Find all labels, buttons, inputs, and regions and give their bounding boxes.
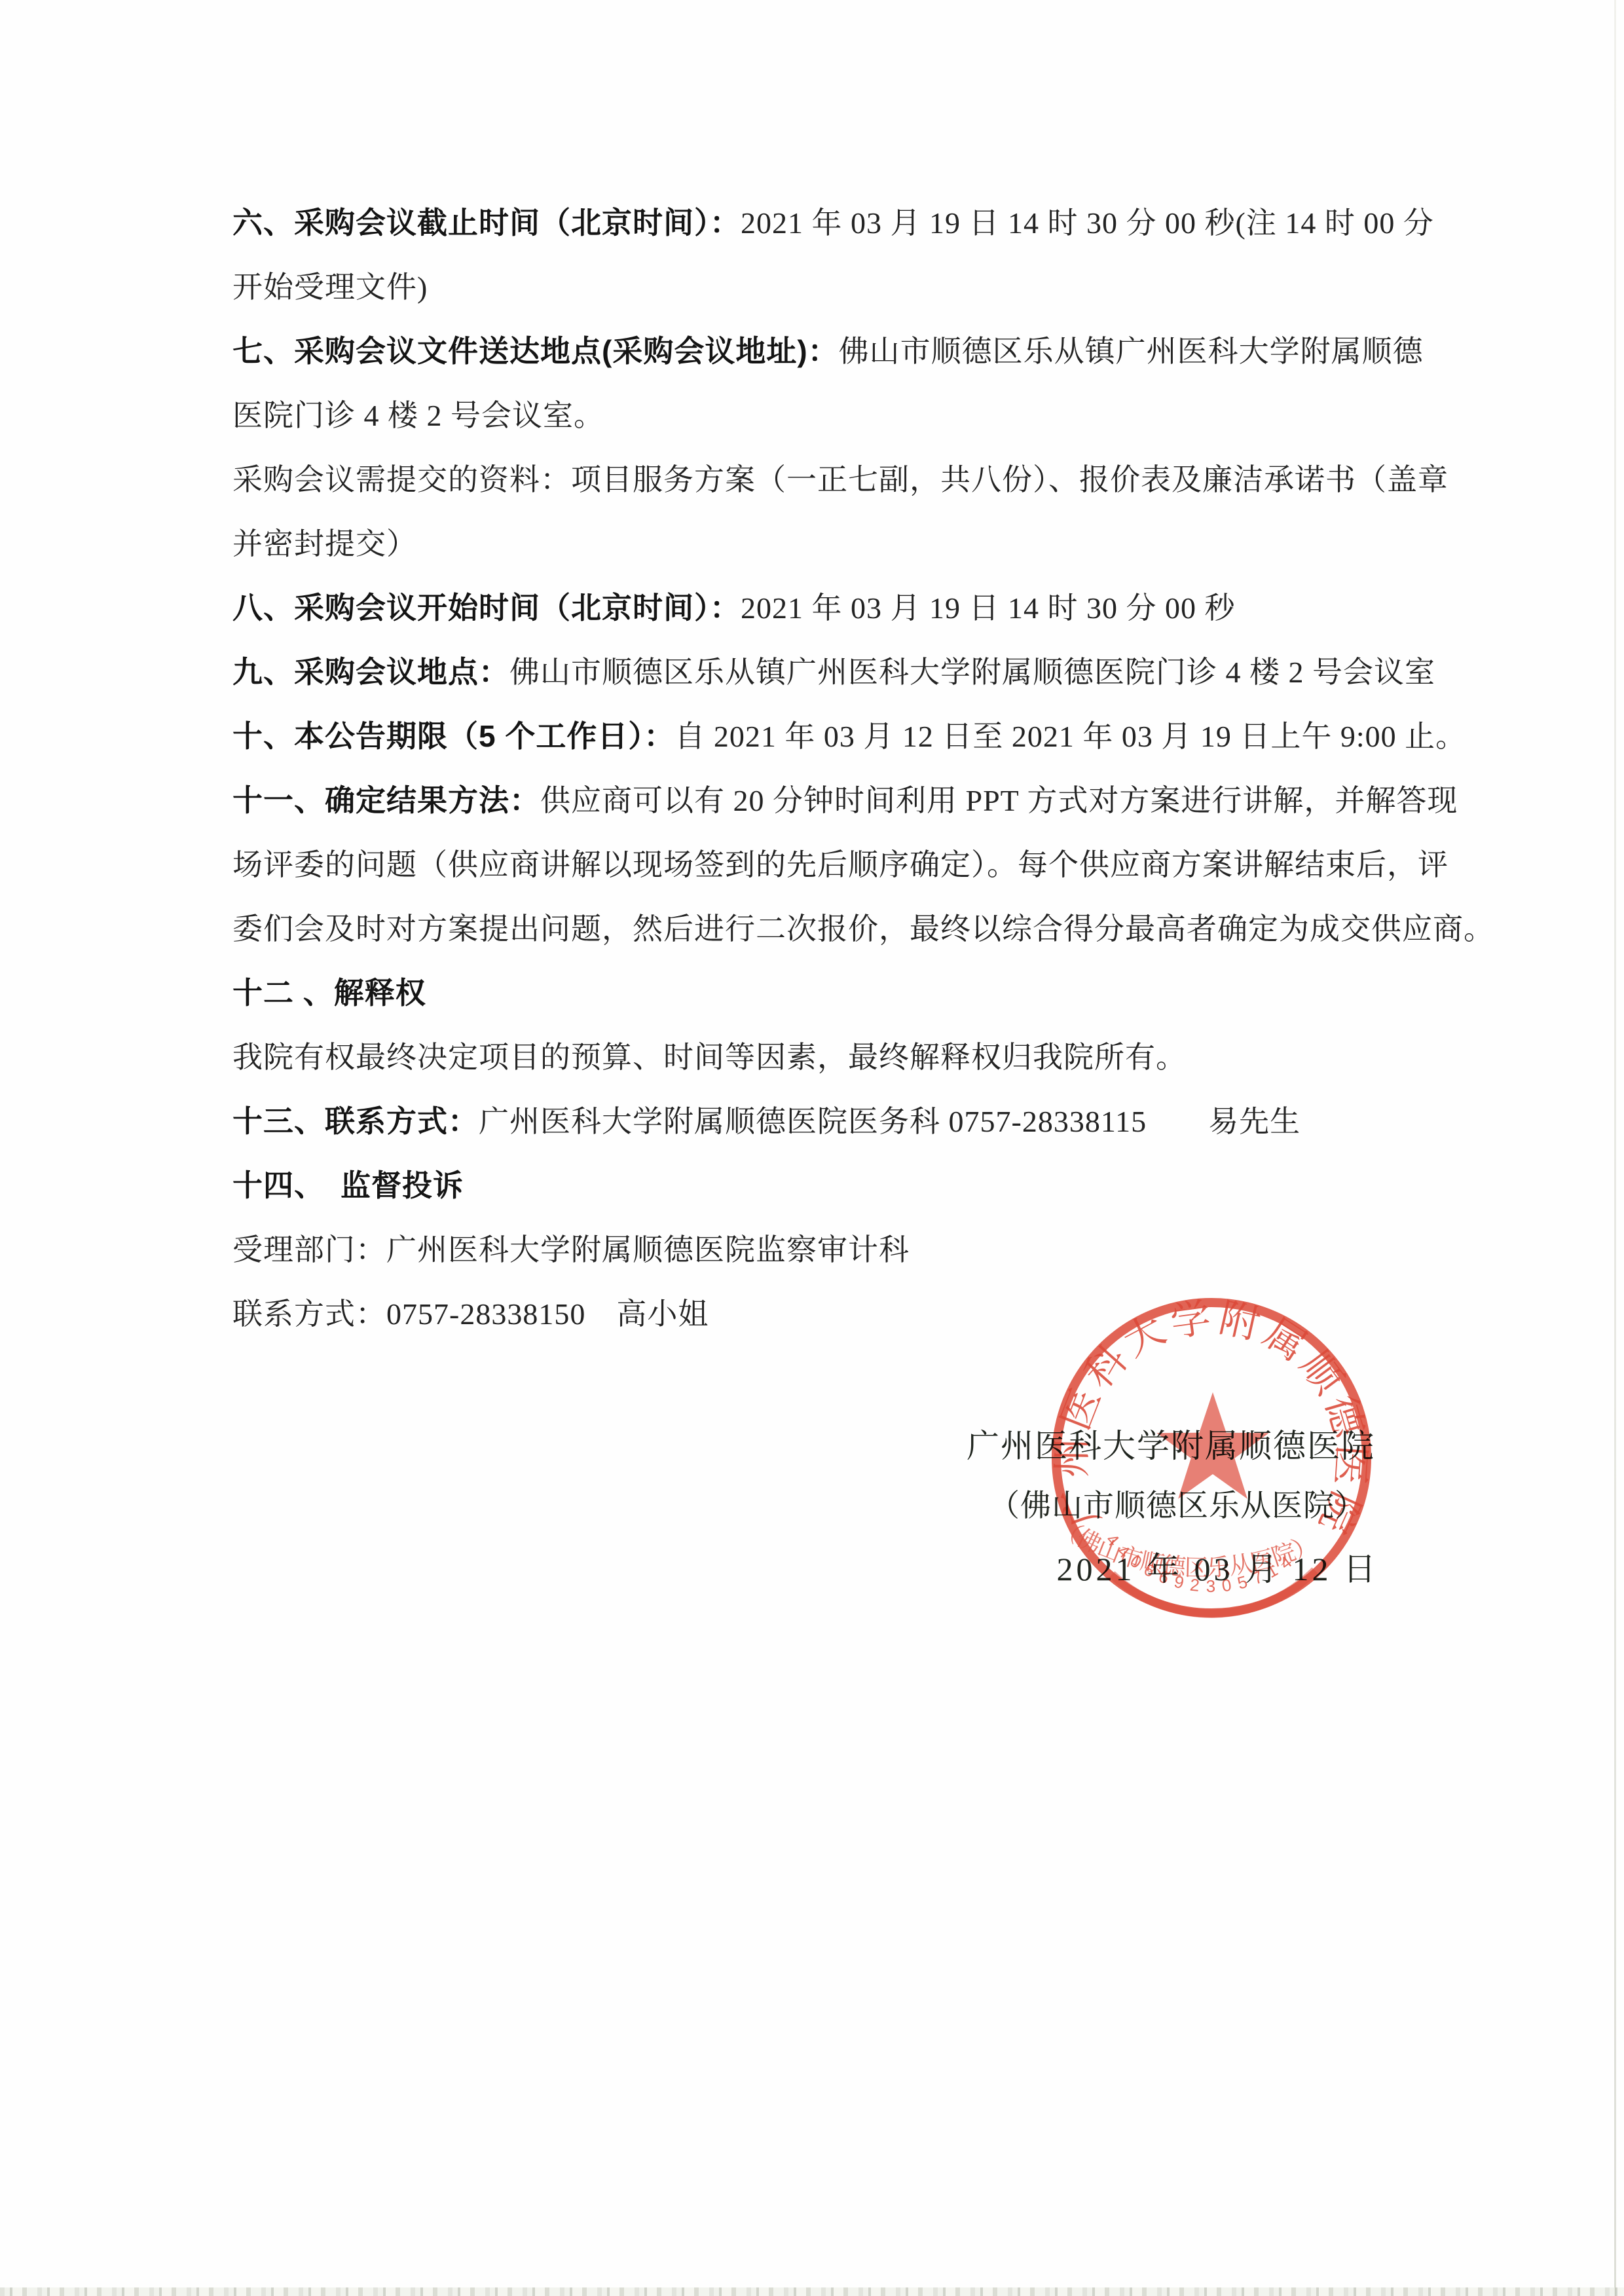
- doc-line: 八、采购会议开始时间（北京时间）：2021 年 03 月 19 日 14 时 3…: [232, 588, 1411, 628]
- line-label: 八、采购会议开始时间（北京时间）：: [232, 591, 741, 625]
- doc-line: 十三、联系方式：广州医科大学附属顺德医院医务科 0757-28338115 易先…: [232, 1102, 1411, 1141]
- doc-line: 场评委的问题（供应商讲解以现场签到的先后顺序确定）。每个供应商方案讲解结束后，评: [232, 845, 1411, 885]
- line-label: 十、本公告期限（5 个工作日）：: [232, 719, 674, 753]
- doc-line: 采购会议需提交的资料：项目服务方案（一正七副，共八份）、报价表及廉洁承诺书（盖章: [232, 460, 1411, 500]
- doc-line: 开始受理文件): [232, 267, 1411, 307]
- doc-line: 十四、 监督投诉: [232, 1166, 1411, 1206]
- line-text: 我院有权最终决定项目的预算、时间等因素，最终解释权归我院所有。: [232, 1041, 1187, 1074]
- line-text: 受理部门：广州医科大学附属顺德医院监察审计科: [232, 1233, 910, 1267]
- doc-line: 十二 、解释权: [232, 973, 1411, 1013]
- line-text: 医院门诊 4 楼 2 号会议室。: [232, 399, 604, 432]
- line-text: 场评委的问题（供应商讲解以现场签到的先后顺序确定）。每个供应商方案讲解结束后，评: [232, 848, 1449, 881]
- doc-line: 委们会及时对方案提出问题，然后进行二次报价，最终以综合得分最高者确定为成交供应商…: [232, 909, 1411, 949]
- seal-star-icon: [1156, 1392, 1268, 1499]
- doc-line: 六、采购会议截止时间（北京时间）：2021 年 03 月 19 日 14 时 3…: [232, 203, 1411, 243]
- line-label: 十一、确定结果方法：: [232, 783, 540, 817]
- line-label: 十四、 监督投诉: [232, 1168, 464, 1202]
- line-text: 采购会议需提交的资料：项目服务方案（一正七副，共八份）、报价表及廉洁承诺书（盖章: [232, 463, 1449, 496]
- line-text: 联系方式：0757-28338150 高小姐: [232, 1297, 709, 1331]
- line-label: 六、采购会议截止时间（北京时间）：: [232, 206, 741, 240]
- scan-noise-band: [0, 2287, 1624, 2296]
- line-text: 委们会及时对方案提出问题，然后进行二次报价，最终以综合得分最高者确定为成交供应商…: [232, 912, 1494, 946]
- doc-line: 十、本公告期限（5 个工作日）：自 2021 年 03 月 12 日至 2021…: [232, 716, 1411, 756]
- line-label: 十三、联系方式：: [232, 1104, 479, 1138]
- official-seal: 广州医科大学附属顺德医院 （佛山市顺德区乐从医院） 4406692305714: [1041, 1287, 1382, 1628]
- line-label: 十二 、解释权: [232, 976, 426, 1010]
- line-text: 供应商可以有 20 分钟时间利用 PPT 方式对方案进行讲解，并解答现: [540, 784, 1458, 817]
- document-page: 六、采购会议截止时间（北京时间）：2021 年 03 月 19 日 14 时 3…: [0, 0, 1624, 2296]
- line-text: 并密封提交）: [232, 527, 417, 561]
- line-text: 广州医科大学附属顺德医院医务科 0757-28338115 易先生: [479, 1105, 1301, 1138]
- doc-line: 七、采购会议文件送达地点(采购会议地址)：佛山市顺德区乐从镇广州医科大学附属顺德: [232, 331, 1411, 371]
- line-text: 佛山市顺德区乐从镇广州医科大学附属顺德: [839, 335, 1424, 368]
- line-text: 2021 年 03 月 19 日 14 时 30 分 00 秒: [741, 591, 1236, 625]
- scan-edge-line: [1614, 0, 1616, 2296]
- line-text: 自 2021 年 03 月 12 日至 2021 年 03 月 19 日上午 9…: [674, 720, 1466, 753]
- doc-line: 九、采购会议地点：佛山市顺德区乐从镇广州医科大学附属顺德医院门诊 4 楼 2 号…: [232, 652, 1411, 692]
- doc-line: 十一、确定结果方法：供应商可以有 20 分钟时间利用 PPT 方式对方案进行讲解…: [232, 781, 1411, 821]
- doc-line: 并密封提交）: [232, 524, 1411, 564]
- line-label: 九、采购会议地点：: [232, 655, 509, 689]
- doc-line: 受理部门：广州医科大学附属顺德医院监察审计科: [232, 1230, 1411, 1270]
- line-text: 佛山市顺德区乐从镇广州医科大学附属顺德医院门诊 4 楼 2 号会议室: [509, 656, 1435, 689]
- doc-line: 医院门诊 4 楼 2 号会议室。: [232, 396, 1411, 435]
- line-text: 开始受理文件): [232, 270, 428, 304]
- doc-line: 我院有权最终决定项目的预算、时间等因素，最终解释权归我院所有。: [232, 1037, 1411, 1077]
- line-text: 2021 年 03 月 19 日 14 时 30 分 00 秒(注 14 时 0…: [741, 206, 1434, 240]
- line-label: 七、采购会议文件送达地点(采购会议地址)：: [232, 334, 839, 368]
